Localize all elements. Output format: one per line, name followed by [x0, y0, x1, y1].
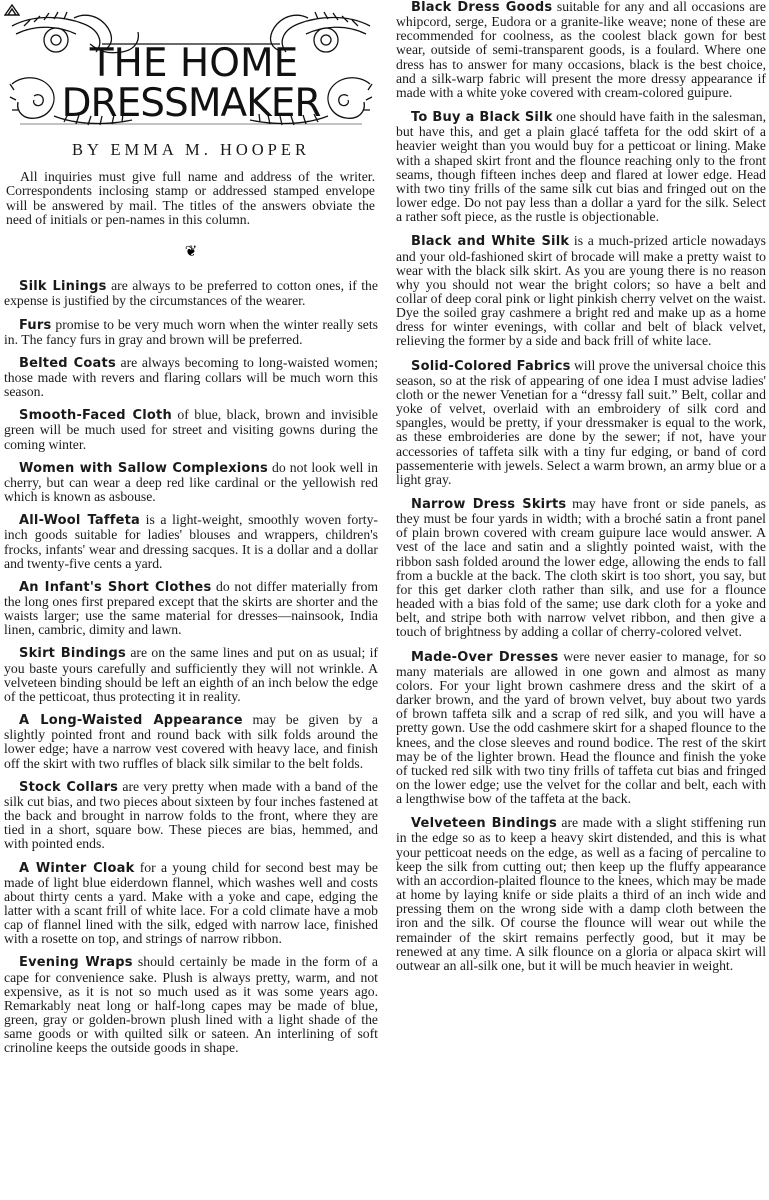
article-entry: Smooth-Faced Cloth of blue, black, brown…: [4, 408, 378, 451]
entry-body: are made with a slight stiffening run in…: [396, 815, 766, 973]
entry-body: is a much-prized article nowadays and yo…: [396, 233, 766, 348]
masthead-title-line2: DRESSMAKER: [4, 84, 378, 123]
masthead-title-line1: THE HOME: [34, 44, 354, 83]
entry-body: should certainly be made in the form of …: [4, 954, 378, 1055]
entry-body: suitable for any and all occasions are w…: [396, 0, 766, 100]
entry-heading: Stock Collars: [19, 780, 118, 795]
entry-heading: An Infant's Short Clothes: [19, 580, 211, 595]
entry-body: will prove the universal choice this sea…: [396, 358, 766, 487]
entry-heading: Solid-Colored Fabrics: [411, 359, 571, 374]
entry-body: were never easier to manage, for so many…: [396, 649, 766, 807]
article-entry: Black Dress Goods suitable for any and a…: [396, 0, 766, 100]
left-entries: Silk Linings are always to be preferred …: [4, 279, 378, 1055]
entry-heading: A Winter Cloak: [19, 861, 134, 876]
entry-heading: A Long-Waisted Appearance: [19, 713, 243, 728]
entry-body: promise to be very much worn when the wi…: [4, 317, 378, 347]
masthead: THE HOME DRESSMAKER: [4, 4, 378, 134]
fleuron-divider-icon: ❦: [4, 242, 378, 261]
triangle-monogram-icon: [4, 4, 20, 16]
entry-heading: To Buy a Black Silk: [411, 110, 553, 125]
entry-body: may have front or side panels, as they m…: [396, 496, 766, 639]
entry-body: one should have faith in the salesman, b…: [396, 109, 766, 224]
right-column: Black Dress Goods suitable for any and a…: [396, 0, 766, 983]
article-entry: To Buy a Black Silk one should have fait…: [396, 110, 766, 224]
article-entry: Belted Coats are always becoming to long…: [4, 356, 378, 399]
article-entry: Solid-Colored Fabrics will prove the uni…: [396, 359, 766, 487]
article-entry: Narrow Dress Skirts may have front or si…: [396, 497, 766, 640]
article-entry: A Long-Waisted Appearance may be given b…: [4, 713, 378, 771]
article-entry: An Infant's Short Clothes do not differ …: [4, 580, 378, 638]
entry-heading: Narrow Dress Skirts: [411, 497, 566, 512]
article-entry: All-Wool Taffeta is a light-weight, smoo…: [4, 513, 378, 571]
entry-heading: Black and White Silk: [411, 234, 569, 249]
article-entry: Velveteen Bindings are made with a sligh…: [396, 816, 766, 973]
article-entry: Women with Sallow Complexions do not loo…: [4, 461, 378, 504]
article-entry: A Winter Cloak for a young child for sec…: [4, 861, 378, 947]
entry-heading: Black Dress Goods: [411, 0, 552, 15]
entry-heading: Furs: [19, 318, 51, 333]
entry-heading: Smooth-Faced Cloth: [19, 408, 172, 423]
left-column: THE HOME DRESSMAKER BY EMMA M. HOOPER Al…: [4, 0, 378, 1065]
article-entry: Made-Over Dresses were never easier to m…: [396, 650, 766, 807]
entry-heading: All-Wool Taffeta: [19, 513, 140, 528]
entry-heading: Velveteen Bindings: [411, 816, 557, 831]
article-entry: Stock Collars are very pretty when made …: [4, 780, 378, 852]
entry-heading: Skirt Bindings: [19, 646, 126, 661]
inquiries-notice: All inquiries must give full name and ad…: [6, 170, 375, 227]
article-entry: Skirt Bindings are on the same lines and…: [4, 646, 378, 704]
entry-heading: Women with Sallow Complexions: [19, 461, 268, 476]
entry-heading: Silk Linings: [19, 279, 107, 294]
article-entry: Evening Wraps should certainly be made i…: [4, 955, 378, 1055]
entry-heading: Belted Coats: [19, 356, 116, 371]
entry-heading: Made-Over Dresses: [411, 650, 558, 665]
article-entry: Furs promise to be very much worn when t…: [4, 318, 378, 347]
article-entry: Black and White Silk is a much-prized ar…: [396, 234, 766, 348]
author-byline: BY EMMA M. HOOPER: [4, 140, 378, 160]
article-entry: Silk Linings are always to be preferred …: [4, 279, 378, 308]
entry-heading: Evening Wraps: [19, 955, 133, 970]
magazine-page: THE HOME DRESSMAKER BY EMMA M. HOOPER Al…: [0, 0, 769, 1200]
